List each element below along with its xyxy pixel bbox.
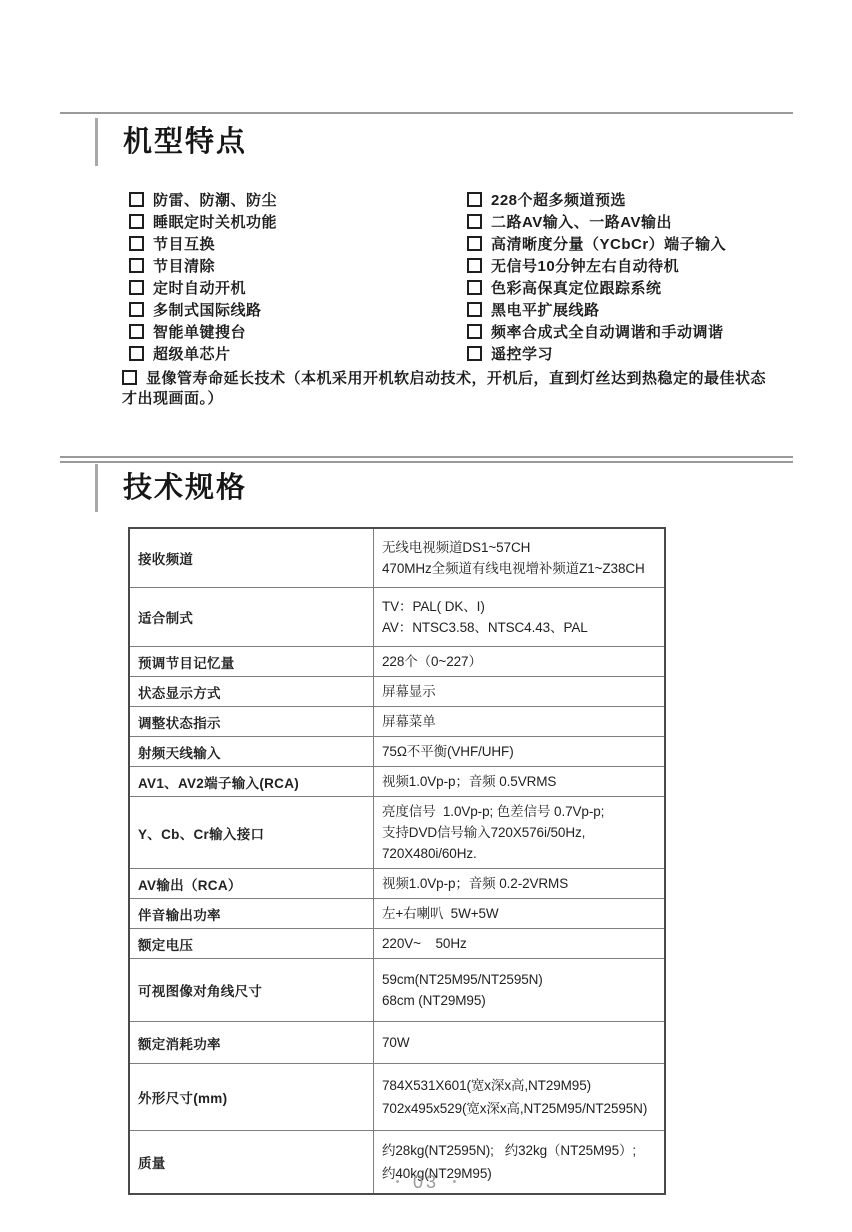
feature-item: 色彩高保真定位跟踪系统	[467, 276, 726, 298]
spec-label: AV1、AV2端子输入(RCA)	[129, 767, 374, 797]
accent-bar	[95, 118, 98, 166]
spec-value: 无线电视频道DS1~57CH 470MHz全频道有线电视增补频道Z1~Z38CH	[374, 528, 666, 588]
checkbox-icon	[129, 192, 144, 207]
feature-item: 高清晰度分量（YCbCr）端子输入	[467, 232, 726, 254]
section-header-features: 机型特点	[95, 118, 247, 166]
feature-item-label: 频率合成式全自动调谐和手动调谐	[491, 321, 724, 342]
feature-item: 多制式国际线路	[129, 298, 277, 320]
section-divider-top	[60, 112, 793, 114]
specs-table: 接收频道 无线电视频道DS1~57CH 470MHz全频道有线电视增补频道Z1~…	[128, 527, 666, 1195]
feature-item-label: 睡眠定时关机功能	[153, 211, 277, 232]
feature-item: 智能单键搜台	[129, 320, 277, 342]
spec-label: AV输出（RCA）	[129, 869, 374, 899]
checkbox-icon	[467, 236, 482, 251]
spec-row: 可视图像对角线尺寸 59cm(NT25M95/NT2595N) 68cm (NT…	[129, 959, 665, 1022]
feature-item-label: 显像管寿命延长技术（本机采用开机软启动技术，开机后，直到灯丝达到热稳定的最佳状态	[146, 367, 766, 388]
spec-row: AV1、AV2端子输入(RCA) 视频1.0Vp-p；音频 0.5VRMS	[129, 767, 665, 797]
checkbox-icon	[129, 236, 144, 251]
spec-value: 视频1.0Vp-p；音频 0.2-2VRMS	[374, 869, 666, 899]
footer-dot-icon: •	[396, 1176, 400, 1188]
checkbox-icon	[129, 280, 144, 295]
spec-value: 屏幕菜单	[374, 707, 666, 737]
feature-item-label: 节目清除	[153, 255, 215, 276]
feature-item: 频率合成式全自动调谐和手动调谐	[467, 320, 726, 342]
feature-item-label: 防雷、防潮、防尘	[153, 189, 277, 210]
feature-list-right: 228个超多频道预选 二路AV输入、一路AV输出 高清晰度分量（YCbCr）端子…	[467, 188, 726, 364]
spec-row: Y、Cb、Cr输入接口 亮度信号 1.0Vp-p; 色差信号 0.7Vp-p; …	[129, 797, 665, 869]
spec-label: 接收频道	[129, 528, 374, 588]
spec-value: 75Ω不平衡(VHF/UHF)	[374, 737, 666, 767]
divider-line	[60, 456, 793, 458]
spec-label: 伴音输出功率	[129, 899, 374, 929]
feature-item: 超级单芯片	[129, 342, 277, 364]
checkbox-icon	[122, 370, 137, 385]
checkbox-icon	[467, 214, 482, 229]
spec-label: 额定消耗功率	[129, 1022, 374, 1064]
feature-item-label: 二路AV输入、一路AV输出	[491, 211, 672, 232]
feature-item: 节目互换	[129, 232, 277, 254]
spec-row: 额定消耗功率 70W	[129, 1022, 665, 1064]
checkbox-icon	[467, 192, 482, 207]
feature-item-label: 超级单芯片	[153, 343, 231, 364]
spec-value: 70W	[374, 1022, 666, 1064]
section-header-specs: 技术规格	[95, 464, 247, 512]
page-number: 03	[413, 1172, 439, 1192]
feature-item: 黑电平扩展线路	[467, 298, 726, 320]
spec-row: 适合制式 TV：PAL( DK、I) AV：NTSC3.58、NTSC4.43、…	[129, 588, 665, 647]
spec-label: 可视图像对角线尺寸	[129, 959, 374, 1022]
page-footer: • 03 •	[0, 1172, 852, 1193]
checkbox-icon	[129, 302, 144, 317]
spec-row: 预调节目记忆量 228个（0~227）	[129, 647, 665, 677]
spec-row: AV输出（RCA） 视频1.0Vp-p；音频 0.2-2VRMS	[129, 869, 665, 899]
spec-value: 屏幕显示	[374, 677, 666, 707]
spec-label: Y、Cb、Cr输入接口	[129, 797, 374, 869]
section-title-features: 机型特点	[123, 118, 247, 166]
feature-item: 定时自动开机	[129, 276, 277, 298]
checkbox-icon	[467, 302, 482, 317]
checkbox-icon	[467, 280, 482, 295]
checkbox-icon	[467, 258, 482, 273]
spec-label: 预调节目记忆量	[129, 647, 374, 677]
feature-item-label: 节目互换	[153, 233, 215, 254]
spec-label: 适合制式	[129, 588, 374, 647]
feature-item: 遥控学习	[467, 342, 726, 364]
feature-item: 节目清除	[129, 254, 277, 276]
feature-item-full-width: 显像管寿命延长技术（本机采用开机软启动技术，开机后，直到灯丝达到热稳定的最佳状态…	[122, 366, 828, 410]
checkbox-icon	[467, 324, 482, 339]
spec-row: 伴音输出功率 左+右喇叭 5W+5W	[129, 899, 665, 929]
spec-label: 状态显示方式	[129, 677, 374, 707]
spec-value: 220V~ 50Hz	[374, 929, 666, 959]
feature-item-label: 遥控学习	[491, 343, 553, 364]
spec-value: 视频1.0Vp-p；音频 0.5VRMS	[374, 767, 666, 797]
feature-item-label: 无信号10分钟左右自动待机	[491, 255, 679, 276]
spec-value: 59cm(NT25M95/NT2595N) 68cm (NT29M95)	[374, 959, 666, 1022]
spec-value: TV：PAL( DK、I) AV：NTSC3.58、NTSC4.43、PAL	[374, 588, 666, 647]
checkbox-icon	[129, 214, 144, 229]
checkbox-icon	[129, 346, 144, 361]
feature-item-label: 高清晰度分量（YCbCr）端子输入	[491, 233, 726, 254]
feature-item: 228个超多频道预选	[467, 188, 726, 210]
feature-item-line2: 才出现画面。）	[122, 388, 828, 410]
spec-value: 亮度信号 1.0Vp-p; 色差信号 0.7Vp-p; 支持DVD信号输入720…	[374, 797, 666, 869]
spec-row: 状态显示方式 屏幕显示	[129, 677, 665, 707]
spec-value: 784X531X601(宽x深x高,NT29M95) 702x495x529(宽…	[374, 1064, 666, 1131]
feature-item: 防雷、防潮、防尘	[129, 188, 277, 210]
spec-row: 额定电压 220V~ 50Hz	[129, 929, 665, 959]
spec-value: 228个（0~227）	[374, 647, 666, 677]
feature-item-label: 智能单键搜台	[153, 321, 246, 342]
spec-value: 左+右喇叭 5W+5W	[374, 899, 666, 929]
feature-item: 睡眠定时关机功能	[129, 210, 277, 232]
feature-item-label: 定时自动开机	[153, 277, 246, 298]
feature-item: 二路AV输入、一路AV输出	[467, 210, 726, 232]
feature-list-left: 防雷、防潮、防尘 睡眠定时关机功能 节目互换 节目清除 定时自动开机 多制式国际…	[129, 188, 277, 364]
feature-item-line1: 显像管寿命延长技术（本机采用开机软启动技术，开机后，直到灯丝达到热稳定的最佳状态	[122, 366, 828, 388]
spec-row: 外形尺寸(mm) 784X531X601(宽x深x高,NT29M95) 702x…	[129, 1064, 665, 1131]
spec-label: 调整状态指示	[129, 707, 374, 737]
spec-row: 调整状态指示 屏幕菜单	[129, 707, 665, 737]
spec-label: 外形尺寸(mm)	[129, 1064, 374, 1131]
feature-item: 无信号10分钟左右自动待机	[467, 254, 726, 276]
checkbox-icon	[467, 346, 482, 361]
feature-item-label: 色彩高保真定位跟踪系统	[491, 277, 662, 298]
divider-line	[60, 461, 793, 463]
spec-label: 射频天线输入	[129, 737, 374, 767]
feature-item-label: 黑电平扩展线路	[491, 299, 600, 320]
section-title-specs: 技术规格	[123, 464, 247, 512]
feature-item-label: 228个超多频道预选	[491, 189, 626, 210]
spec-row: 射频天线输入 75Ω不平衡(VHF/UHF)	[129, 737, 665, 767]
checkbox-icon	[129, 258, 144, 273]
spec-row: 接收频道 无线电视频道DS1~57CH 470MHz全频道有线电视增补频道Z1~…	[129, 528, 665, 588]
footer-dot-icon: •	[452, 1176, 456, 1188]
spec-label: 额定电压	[129, 929, 374, 959]
feature-item-label: 多制式国际线路	[153, 299, 262, 320]
accent-bar	[95, 464, 98, 512]
checkbox-icon	[129, 324, 144, 339]
